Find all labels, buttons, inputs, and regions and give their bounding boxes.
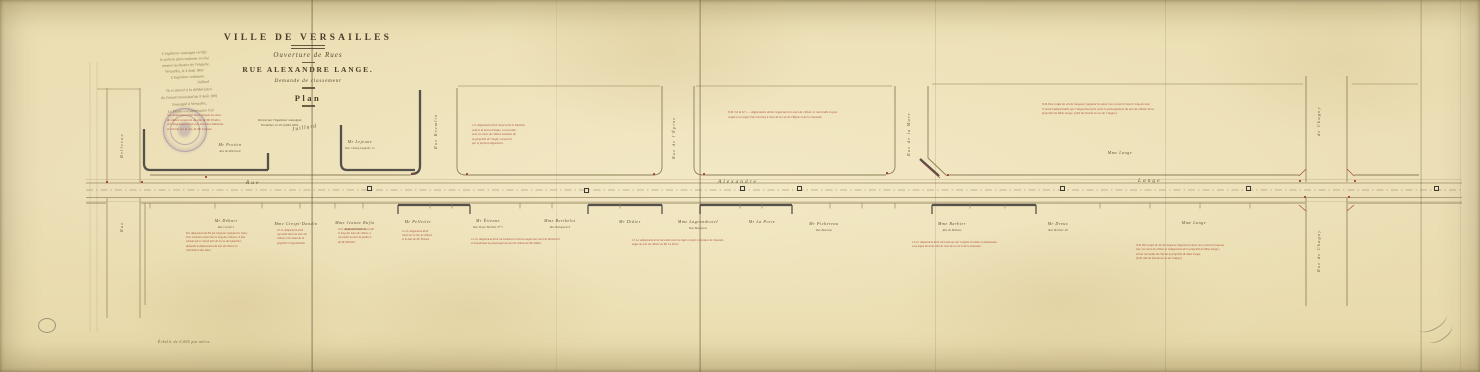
property-owner-label: Mr ÉtienneRue Neuve Berthier N° 5 [473, 218, 503, 229]
boundary-stone-marker [367, 186, 372, 191]
cross-street-name: Rue de la Mare [906, 103, 911, 165]
red-note-line: 2.3. Alignement droit mené entre le Pavi… [472, 123, 525, 128]
cross-street-name: Rue Kremlin [433, 102, 438, 160]
property-owner-label: Mme BerthelotRue Bonaparte 6 [544, 218, 576, 229]
alignment-point-marker [412, 173, 414, 175]
owner-name: Mme Jeanne Rufin [335, 220, 375, 225]
boundary-stone-marker [797, 186, 802, 191]
red-alignment-note: 13.14. Alignement droit raccordé entre l… [632, 238, 724, 247]
red-note-line: 3.4. Alignement droit mené suivant les m… [167, 113, 223, 118]
alignment-point-marker [947, 174, 949, 176]
red-note-line: propriété de Mme Lange. (côté du Sud de … [1042, 111, 1154, 116]
fold-line [699, 0, 701, 372]
owner-address: Rue Bonaparte 6 [544, 225, 576, 229]
red-note-line: clôture et les haies de la [277, 237, 307, 241]
pencil-circle-mark [38, 318, 56, 333]
red-note-line: N.B. 5.6 & 6.7. — Alignements droits res… [728, 110, 837, 115]
owner-name: Mme Lagrandvotel [678, 219, 718, 224]
red-alignment-note: 12.13. Alignement droit raccordant les b… [471, 237, 560, 246]
title-block: VILLE DE VERSAILLES Ouverture de Rues RU… [218, 33, 398, 107]
red-alignment-note: 11.12. Alignement droitmené sur le mur d… [402, 230, 432, 243]
owner-name: Mr Pelletier [405, 219, 432, 224]
property-owner-label: Mr Didier [619, 219, 641, 224]
alignment-point-marker [466, 173, 468, 175]
property-owner-label: Mr ProttinRue de Montreuil [218, 142, 241, 153]
fold-line [556, 0, 557, 372]
owner-name: Mr Étienne [473, 218, 503, 223]
red-alignment-note: 9.10. Alignement droit raccordéle long d… [338, 228, 374, 245]
request-line: Demande de classement [218, 78, 398, 84]
red-note-line: et aboutissant au pied-angle du mur de c… [471, 241, 560, 245]
owner-name: Mme Berthelot [544, 218, 576, 223]
red-note-line: (N.B. côté du Sud de la rue de Chagny.) [1136, 256, 1224, 260]
property-owner-label: Mr PichereauRue Beauvau [809, 221, 838, 232]
main-street-name: Rue [246, 180, 260, 186]
owner-address: Rue Neuve Berthier N° 5 [473, 225, 503, 229]
red-note-line: N.B. Pan coupé de 4m de longueur joignan… [1042, 102, 1154, 107]
street-title: RUE ALEXANDRE LANGE. [218, 65, 398, 74]
red-alignment-note: 10.11. Alignement droitraccordé entre le… [277, 229, 307, 246]
boundary-stone-marker [1246, 186, 1251, 191]
owner-name: Mr La Porte [749, 219, 776, 224]
property-owner-label: Mme Lange [1108, 150, 1132, 155]
boundary-stone-marker [584, 188, 589, 193]
red-alignment-note: 2.3. Alignement droit mené entre le Pavi… [472, 123, 525, 146]
property-owner-label: Mr La Porte [749, 219, 776, 224]
fold-line [935, 0, 936, 372]
owner-name: Mr Débart [215, 218, 238, 223]
owner-name: Mr Didier [619, 219, 641, 224]
red-note-line: angle du mur de clôture de Mr La Porte. [632, 242, 724, 246]
cross-street-name: Rue de Chagny [1316, 210, 1321, 292]
red-alignment-note: N.B. Pan coupé de 4m de longueur joignan… [1136, 243, 1224, 260]
plan-sheet: VILLE DE VERSAILLES Ouverture de Rues RU… [0, 0, 1480, 372]
owner-name: Mme Lange [1108, 150, 1132, 155]
alignment-point-marker [653, 173, 655, 175]
boundary-stone-marker [1434, 186, 1439, 191]
red-note-line: coupé à un angle (5m environ) à l'axe de… [728, 115, 837, 120]
red-note-line: en retrait, sur la rue, de Mr Lejeune. [167, 127, 223, 132]
red-alignment-note: 14.15. Alignement droit raccordé au mur … [912, 240, 997, 249]
red-alignment-note: 3.4. Alignement droit mené suivant les m… [167, 113, 223, 132]
alignment-point-marker [886, 172, 888, 174]
cross-street-name: Bellevue [119, 124, 124, 168]
alignment-point-marker [106, 181, 108, 183]
alignment-point-marker [205, 176, 207, 178]
boundary-stone-marker [1060, 186, 1065, 191]
owner-name: Mr Lejeune [345, 139, 374, 144]
red-alignment-note: N.B. 5.6 & 6.7. — Alignements droits res… [728, 110, 837, 119]
fold-line [311, 0, 313, 372]
scale-note: Échelle de 0,005 par mètre. [158, 340, 211, 344]
red-note-line: à un angle droit du côté de l'axe de la … [912, 244, 997, 248]
fold-line [1165, 0, 1166, 372]
commune-title: VILLE DE VERSAILLES [218, 33, 398, 43]
property-owner-label: Mme BarbierRue de Béthune [938, 221, 966, 232]
owner-name: Mme Barbier [938, 221, 966, 226]
red-alignment-note: 8.9. Alignement de 8m par longueur joign… [186, 232, 248, 253]
property-owner-label: Mme Lange [1182, 220, 1206, 225]
red-note-line: de Mr Pelletier. [338, 241, 374, 245]
owner-address: Rue Bourgeois [678, 226, 718, 230]
alignment-point-marker [1304, 196, 1306, 198]
owner-name: Mr Pichereau [809, 221, 838, 226]
alignment-point-marker [703, 173, 705, 175]
cross-street-name: Rue [119, 212, 124, 242]
red-note-line: surtout que le retrait près de la rue de… [186, 240, 248, 244]
owner-address: Rue Carnot 5 [215, 225, 238, 229]
property-owner-label: Mr DébartRue Carnot 5 [215, 218, 238, 229]
plan-title: Plan [218, 93, 398, 103]
owner-name: Mr Dreux [1048, 221, 1069, 226]
main-street-name: Alexandre [718, 179, 758, 185]
red-note-line: propriété Crespi-Dandin. [277, 242, 307, 246]
property-owner-label: Mme Crespi-Dandin [274, 221, 317, 226]
red-alignment-note: N.B. Pan coupé de 4m de longueur joignan… [1042, 102, 1154, 116]
owner-name: Mme Crespi-Dandin [274, 221, 317, 226]
owner-name: Mme Lange [1182, 220, 1206, 225]
owner-name: Mr Prottin [218, 142, 241, 147]
owner-address: Rue de Béthune [938, 228, 966, 232]
alignment-point-marker [141, 181, 143, 183]
property-owner-label: Mr DreuxRue Berthier 28 [1048, 221, 1069, 232]
boundary-stone-marker [740, 186, 745, 191]
property-owner-label: Mr Pelletier [405, 219, 432, 224]
subject-line: Ouverture de Rues [218, 51, 398, 59]
fold-line [1460, 0, 1461, 372]
fold-line [1420, 0, 1422, 372]
divider-rule [291, 45, 325, 49]
owner-address: Rue Berthier 28 [1048, 228, 1069, 232]
alignment-point-marker [1348, 196, 1350, 198]
owner-address: Rue Champ Lagarde, 12 [345, 146, 374, 150]
property-owner-label: Mr LejeuneRue Champ Lagarde, 12 [345, 139, 374, 150]
red-note-line: par le présent alignement. [472, 141, 525, 146]
cross-street-name: Rue de l'Épine [671, 108, 676, 168]
owner-address: Rue de Montreuil [218, 149, 241, 153]
main-street-name: Lange [1138, 178, 1161, 184]
red-note-line: raccorder au mur du jardin et [338, 236, 374, 240]
red-note-line: charmille et des haies. [186, 249, 248, 253]
red-note-line: et la haie de Mr Étienne. [402, 238, 432, 242]
owner-address: Rue Beauvau [809, 228, 838, 232]
handwritten-note: Juillard [197, 80, 209, 84]
alignment-point-marker [1354, 180, 1356, 182]
alignment-point-marker [1299, 180, 1301, 182]
cross-street-name: de Chagny [1316, 92, 1321, 150]
property-owner-label: Mme LagrandvotelRue Bourgeois [678, 219, 718, 230]
